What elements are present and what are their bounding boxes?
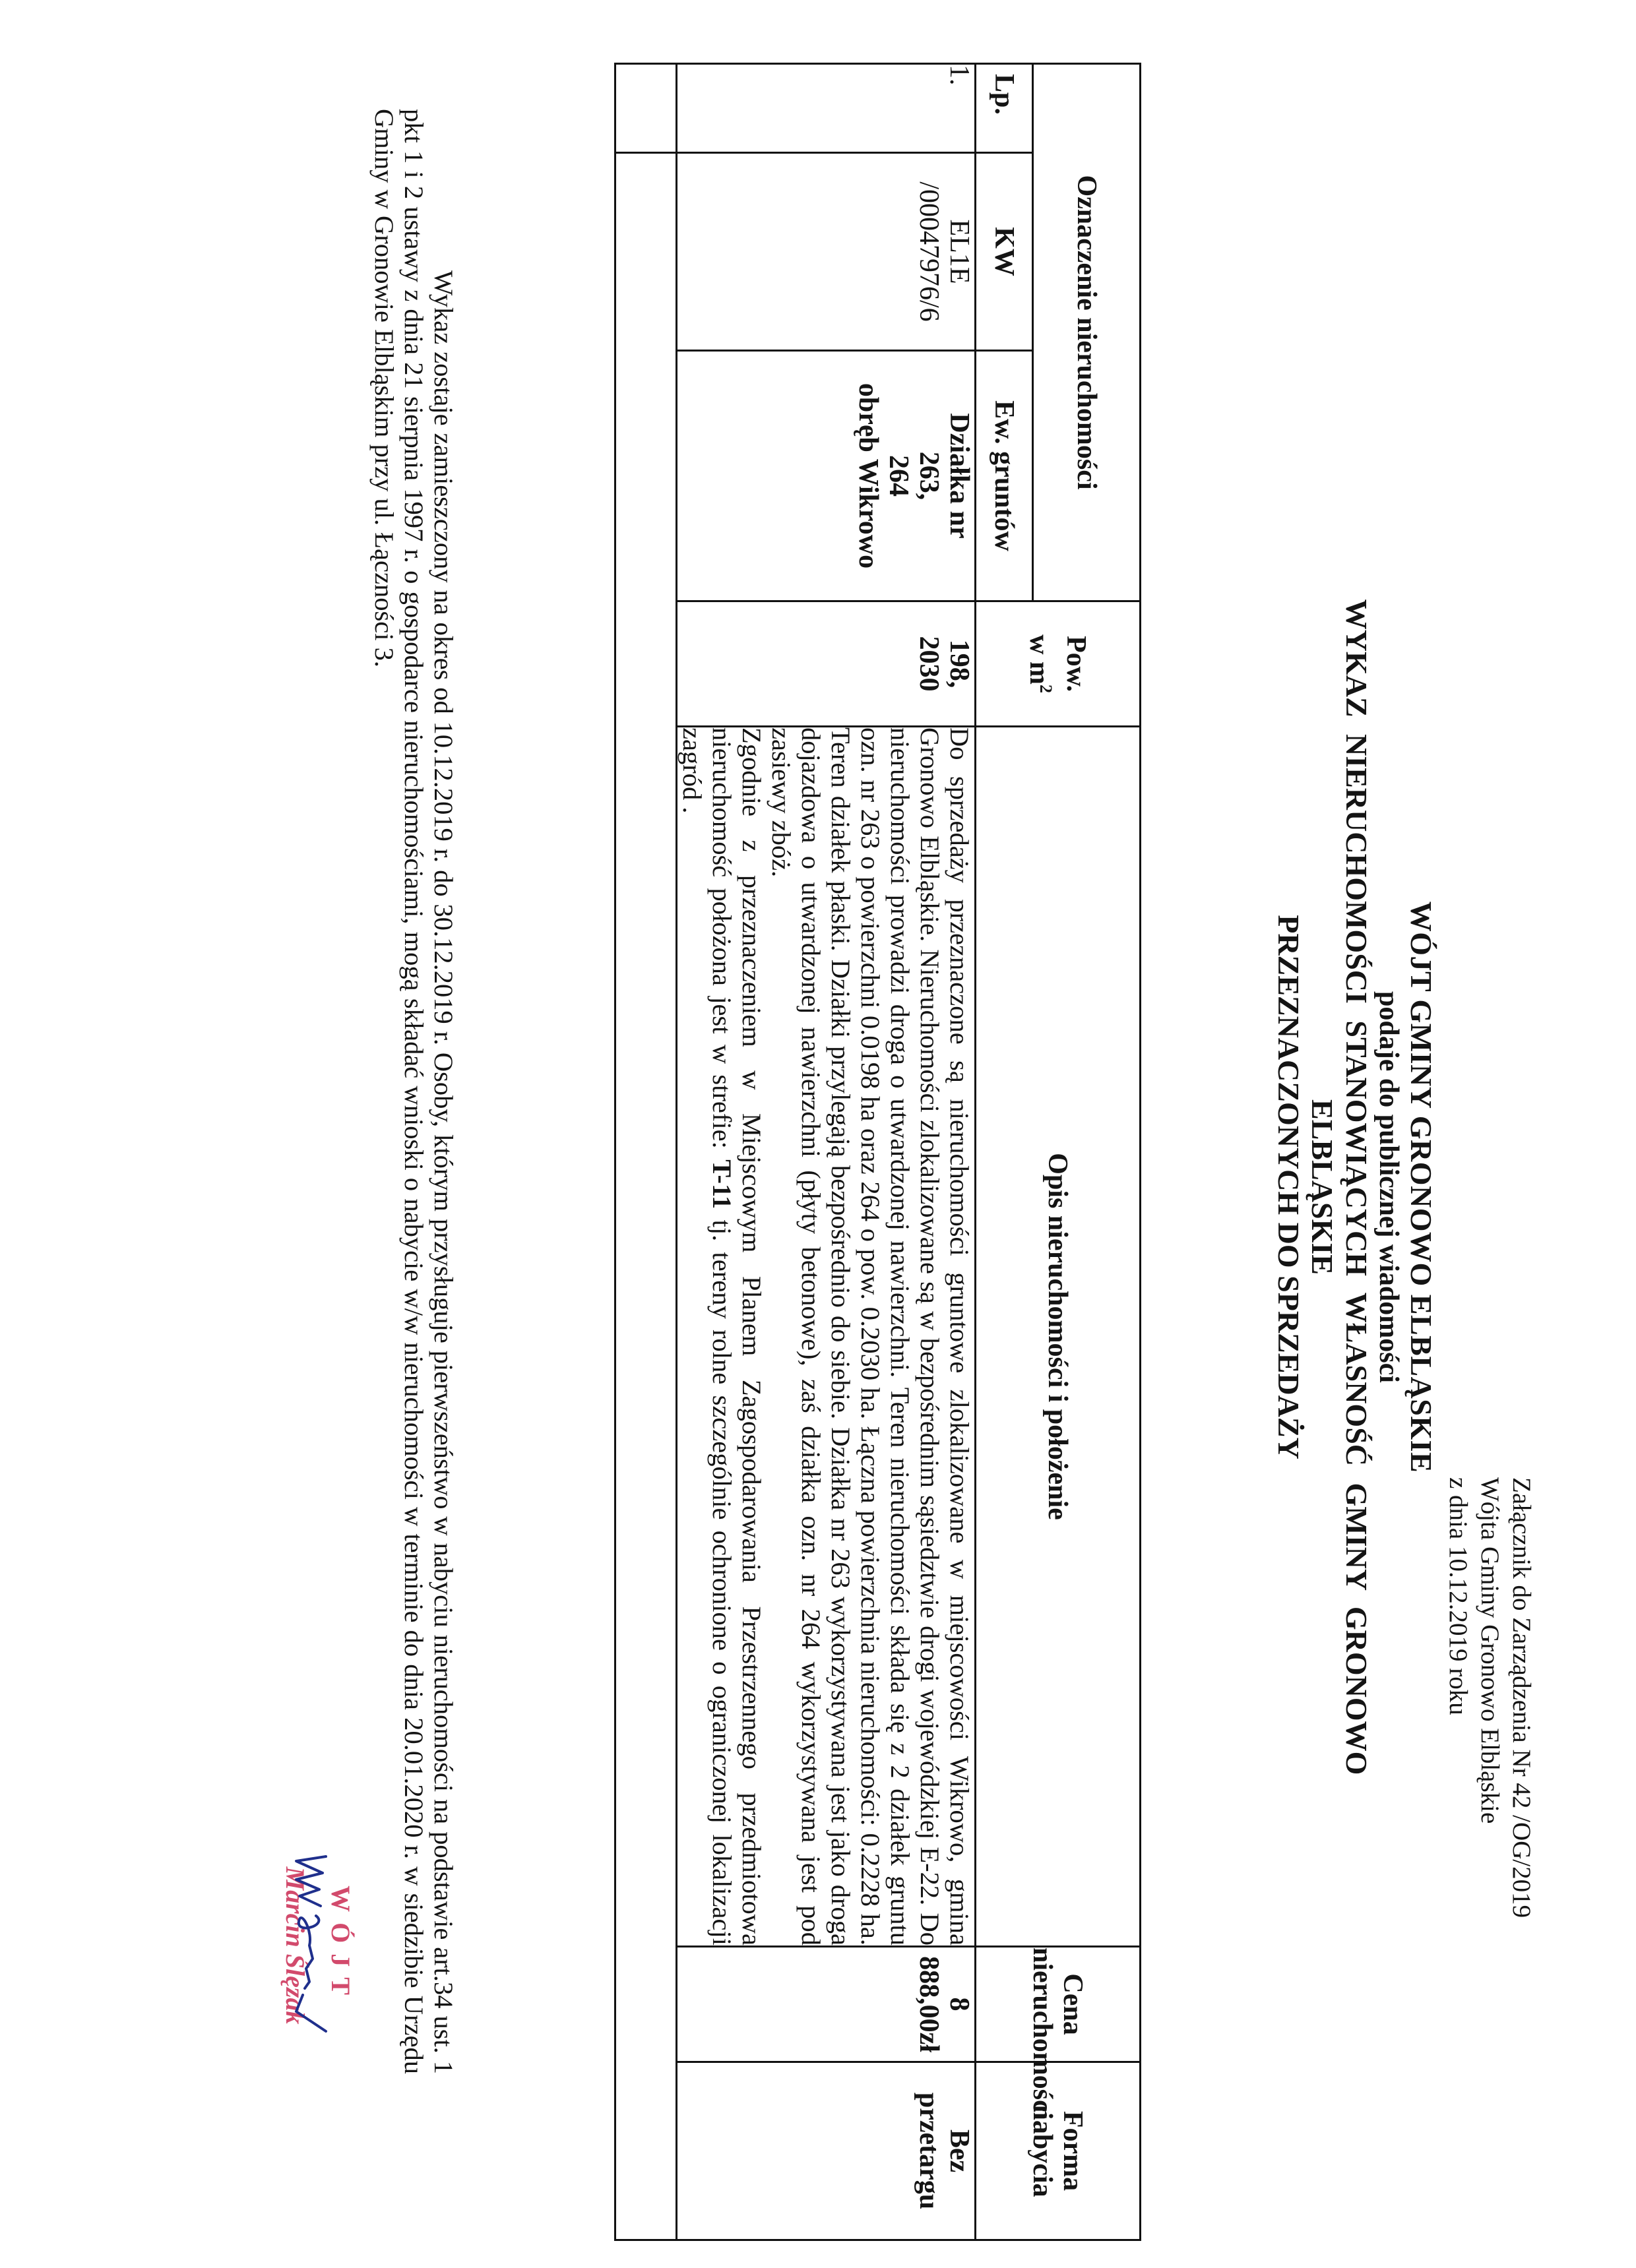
plot-line-3: 264 — [883, 352, 914, 600]
table-row-empty — [615, 64, 677, 2240]
header-area: Pow. w m2 — [976, 601, 1141, 727]
document-page: Załącznik do Zarządzenia Nr 42 /OG/2019 … — [0, 0, 1636, 2268]
footer-notice: Wykaz zostaje zamieszczony na okres od 1… — [369, 109, 458, 2074]
title-line-1: WÓJT GMINY GRONOWO ELBLĄSKIE — [1404, 594, 1438, 1781]
header-acquisition-form: Forma nabycia — [976, 2062, 1141, 2240]
header-form-line-1: Forma — [1058, 2063, 1088, 2239]
cell-kw: EL1E /00047976/6 — [677, 153, 976, 351]
form-line-2: przetargu — [914, 2063, 944, 2239]
cell-description: Do sprzedaży przeznaczone są nieruchomoś… — [677, 727, 976, 1947]
plot-line-2: 263, — [914, 352, 944, 600]
annex-line-3: z dnia 10.12.2019 roku — [1442, 1477, 1474, 2005]
description-paragraph-1: Do sprzedaży przeznaczone są nieruchomoś… — [767, 727, 974, 1946]
description-paragraph-2: Zgodnie z przeznaczeniem w Miejscowym Pl… — [677, 727, 767, 1946]
empty-cell — [615, 153, 677, 2240]
kw-line-1: EL1E — [944, 154, 974, 350]
header-land-registry: Ew. gruntów — [976, 351, 1033, 601]
footer-text: Wykaz zostaje zamieszczony na okres od 1… — [369, 109, 458, 2074]
empty-cell — [615, 64, 677, 153]
header-kw: KW — [976, 153, 1033, 351]
header-lp: Lp. — [976, 64, 1033, 153]
plot-line-4: obręb Wikrowo — [853, 352, 883, 600]
kw-line-2: /00047976/6 — [914, 154, 944, 350]
official-stamp: WÓJT Marcin Ślęzak — [280, 1860, 356, 2031]
area-line-1: 198, — [944, 602, 974, 725]
table-header-row: Oznaczenie nieruchomości Pow. w m2 Opis … — [1033, 64, 1141, 2240]
cell-acquisition-form: Bez przetargu — [677, 2062, 976, 2240]
cell-price: 8 888,00zł — [677, 1947, 976, 2062]
zoning-code: T-11 — [707, 1159, 737, 1209]
cell-plot: Działka nr 263, 264 obręb Wikrowo — [677, 351, 976, 601]
header-area-line-2: w m2 — [1024, 602, 1061, 725]
property-list-table: Oznaczenie nieruchomości Pow. w m2 Opis … — [614, 63, 1141, 2241]
signature-icon — [286, 1853, 332, 2044]
cell-lp: 1. — [677, 64, 976, 153]
annex-line-1: Załącznik do Zarządzenia Nr 42 /OG/2019 — [1505, 1477, 1537, 2005]
plot-line-1: Działka nr — [944, 352, 974, 600]
header-price-line-1: Cena — [1058, 1947, 1088, 2061]
title-line-2: podaje do publicznej wiadomości — [1373, 594, 1404, 1781]
area-line-2: 2030 — [914, 602, 944, 725]
document-title: WÓJT GMINY GRONOWO ELBLĄSKIE podaje do p… — [1272, 594, 1438, 1781]
title-line-3: WYKAZ NIERUCHOMOŚCI STANOWIĄCYCH WŁASNOŚ… — [1305, 594, 1373, 1781]
header-price-line-2: nieruchomości — [1028, 1947, 1058, 2061]
annex-reference: Załącznik do Zarządzenia Nr 42 /OG/2019 … — [1442, 1477, 1537, 2005]
header-designation: Oznaczenie nieruchomości — [1033, 64, 1141, 601]
table-row: 1. EL1E /00047976/6 Działka nr 263, 264 … — [677, 64, 976, 2240]
title-line-4: PRZEZNACZONYCH DO SPRZEDAŻY — [1272, 594, 1305, 1781]
form-line-1: Bez — [944, 2063, 974, 2239]
header-description: Opis nieruchomości i położenie — [976, 727, 1141, 1947]
header-price: Cena nieruchomości — [976, 1947, 1141, 2062]
cell-area: 198, 2030 — [677, 601, 976, 727]
header-area-line-1: Pow. — [1061, 602, 1092, 725]
annex-line-2: Wójta Gminy Gronowo Elbląskie — [1474, 1477, 1505, 2005]
